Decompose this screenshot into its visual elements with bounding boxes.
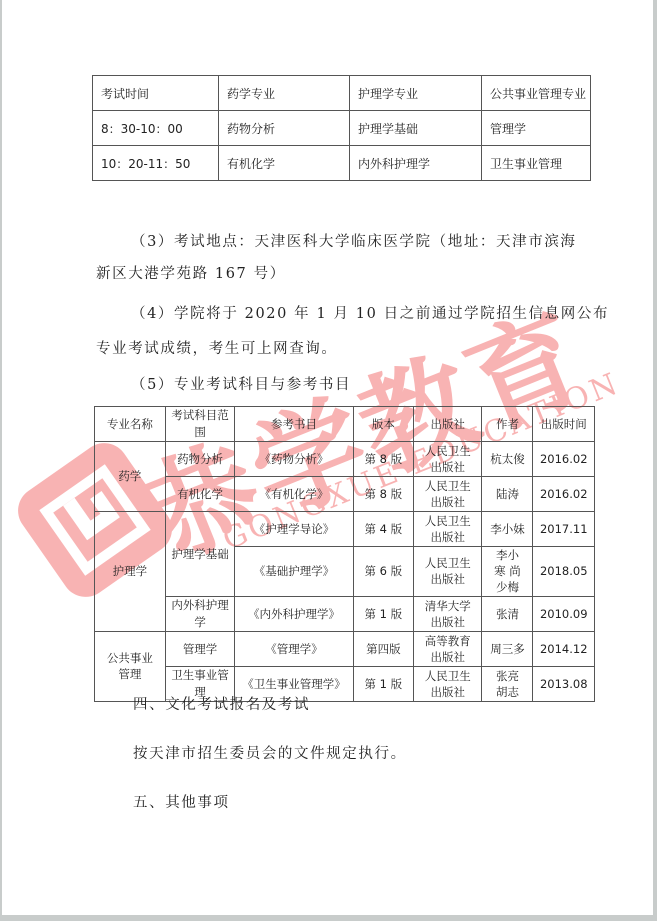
publisher-text: 高等教育出版社 [420,633,476,665]
table-row: 内外科护理学 《内外科护理学》 第 1 版 清华大学出版社 张清 2010.09 [95,597,595,632]
header-cell: 药学专业 [219,76,350,111]
header-cell: 版本 [353,407,413,442]
section-4-heading: 四、文化考试报名及考试 [133,693,310,714]
header-cell: 考试时间 [93,76,219,111]
author-cell: 张亮 胡志 [482,667,533,702]
paragraph-results-line2: 专业考试成绩，考生可上网查询。 [96,337,338,358]
header-cell: 出版社 [414,407,482,442]
header-cell: 作者 [482,407,533,442]
publisher-text: 人民卫生出版社 [420,443,476,475]
subject-cell: 护理学基础 [165,512,235,597]
cell: 内外科护理学 [350,146,482,181]
paragraph-results-line1: （4）学院将于 2020 年 1 月 10 日之前通过学院招生信息网公布 [131,302,609,323]
book-cell: 《内外科护理学》 [235,597,353,632]
date-cell: 2013.08 [533,667,595,702]
cell: 卫生事业管理 [482,146,591,181]
cell: 药物分析 [219,111,350,146]
edition-cell: 第 8 版 [353,442,413,477]
header-cell: 考试科目范围 [165,407,235,442]
table-header-row: 专业名称 考试科目范围 参考书目 版本 出版社 作者 出版时间 [95,407,595,442]
edition-cell: 第 4 版 [353,512,413,547]
book-cell: 《药物分析》 [235,442,353,477]
edition-cell: 第 1 版 [353,667,413,702]
header-cell: 出版时间 [533,407,595,442]
edition-cell: 第 1 版 [353,597,413,632]
book-cell: 《护理学导论》 [235,512,353,547]
publisher-cell: 高等教育出版社 [414,632,482,667]
publisher-cell: 人民卫生出版社 [414,442,482,477]
cell: 有机化学 [219,146,350,181]
author-cell: 李小寒 尚少梅 [482,547,533,597]
table-row: 有机化学 《有机化学》 第 8 版 人民卫生出版社 陆涛 2016.02 [95,477,595,512]
header-cell: 专业名称 [95,407,166,442]
edition-cell: 第四版 [353,632,413,667]
exam-schedule-table: 考试时间 药学专业 护理学专业 公共事业管理专业 8：30-10：00 药物分析… [92,75,591,181]
section-5-heading: 五、其他事项 [133,791,230,812]
table-row: 8：30-10：00 药物分析 护理学基础 管理学 [93,111,591,146]
author-text: 李小寒 尚少梅 [492,547,522,595]
reference-books-table: 专业名称 考试科目范围 参考书目 版本 出版社 作者 出版时间 药学 药物分析 … [94,406,595,702]
edition-cell: 第 6 版 [353,547,413,597]
header-cell: 参考书目 [235,407,353,442]
publisher-text: 清华大学出版社 [420,598,476,630]
book-cell: 《基础护理学》 [235,547,353,597]
subject-cell: 内外科护理学 [165,597,235,632]
date-cell: 2018.05 [533,547,595,597]
table-header-row: 考试时间 药学专业 护理学专业 公共事业管理专业 [93,76,591,111]
paragraph-subjects-heading: （5）专业考试科目与参考书目 [131,373,351,394]
paragraph-exam-location-line2: 新区大港学苑路 167 号） [96,262,286,283]
author-cell: 张清 [482,597,533,632]
major-cell: 护理学 [95,512,166,632]
publisher-cell: 人民卫生出版社 [414,547,482,597]
major-cell: 药学 [95,442,166,512]
author-cell: 杭太俊 [482,442,533,477]
author-cell: 李小妹 [482,512,533,547]
cell: 管理学 [482,111,591,146]
book-cell: 《管理学》 [235,632,353,667]
major-text: 公共事业管理 [106,650,154,682]
cell: 10：20-11：50 [93,146,219,181]
publisher-text: 人民卫生出版社 [420,513,476,545]
subject-cell: 有机化学 [165,477,235,512]
publisher-text: 人民卫生出版社 [420,668,476,700]
date-cell: 2016.02 [533,477,595,512]
table-row: 护理学 护理学基础 《护理学导论》 第 4 版 人民卫生出版社 李小妹 2017… [95,512,595,547]
date-cell: 2016.02 [533,442,595,477]
publisher-cell: 人民卫生出版社 [414,477,482,512]
section-4-body: 按天津市招生委员会的文件规定执行。 [133,742,407,763]
header-cell: 护理学专业 [350,76,482,111]
author-cell: 陆涛 [482,477,533,512]
author-cell: 周三多 [482,632,533,667]
date-cell: 2014.12 [533,632,595,667]
publisher-cell: 人民卫生出版社 [414,667,482,702]
subject-cell: 管理学 [165,632,235,667]
table-row: 10：20-11：50 有机化学 内外科护理学 卫生事业管理 [93,146,591,181]
header-cell: 公共事业管理专业 [482,76,591,111]
edition-cell: 第 8 版 [353,477,413,512]
author-text: 张亮 胡志 [492,668,522,700]
cell: 护理学基础 [350,111,482,146]
book-cell: 《有机化学》 [235,477,353,512]
publisher-cell: 清华大学出版社 [414,597,482,632]
table-row: 公共事业管理 管理学 《管理学》 第四版 高等教育出版社 周三多 2014.12 [95,632,595,667]
publisher-text: 人民卫生出版社 [420,555,476,587]
date-cell: 2017.11 [533,512,595,547]
table-row: 药学 药物分析 《药物分析》 第 8 版 人民卫生出版社 杭太俊 2016.02 [95,442,595,477]
publisher-text: 人民卫生出版社 [420,478,476,510]
subject-cell: 药物分析 [165,442,235,477]
major-cell: 公共事业管理 [95,632,166,702]
publisher-cell: 人民卫生出版社 [414,512,482,547]
cell: 8：30-10：00 [93,111,219,146]
paragraph-exam-location-line1: （3）考试地点：天津医科大学临床医学院（地址：天津市滨海 [131,230,577,251]
date-cell: 2010.09 [533,597,595,632]
